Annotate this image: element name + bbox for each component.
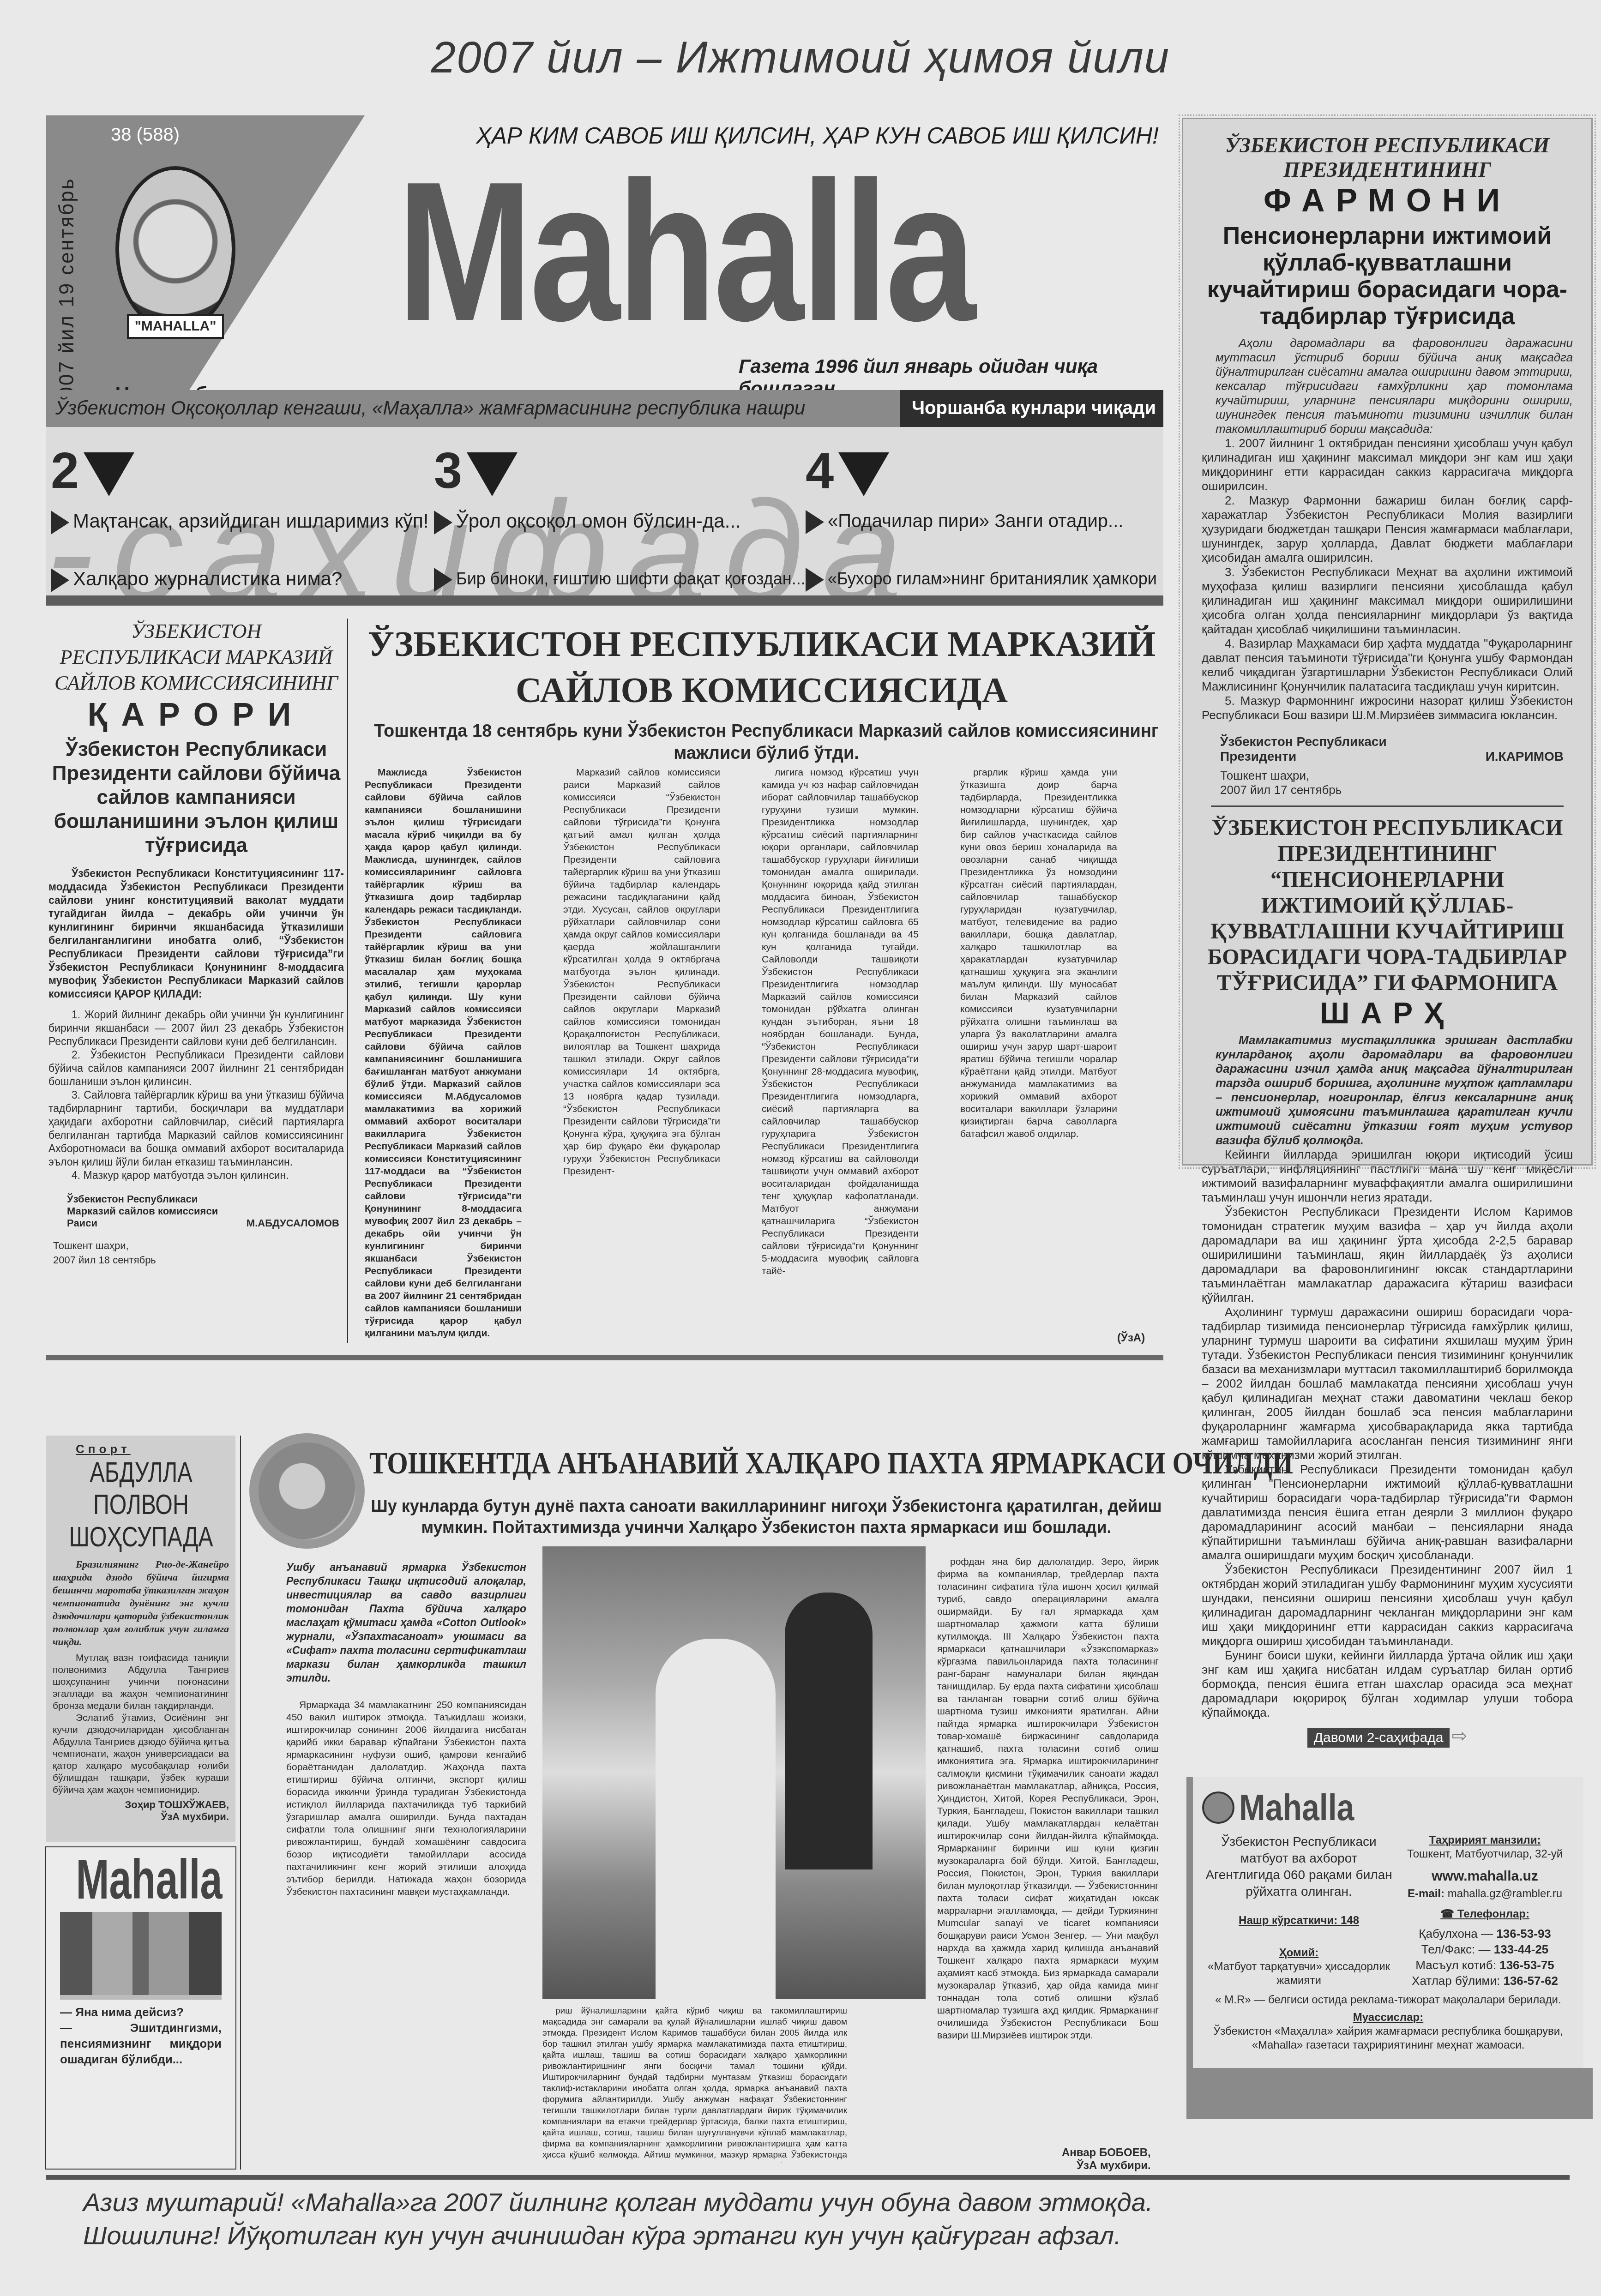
imprint-logo: Mahalla	[1239, 1786, 1354, 1829]
decree-subtitle: Пенсионерларни ижтимоий қўллаб-қувватлаш…	[1202, 222, 1573, 330]
article-column: рофдан яна бир далолатдир. Зеро, йирик ф…	[937, 1556, 1159, 2042]
footer-line: Азиз муштарий! «Mahalla»га 2007 йилнинг …	[83, 2186, 1537, 2219]
address-label: Таҳририят манзили:	[1396, 1833, 1574, 1847]
commentary-heading: ЎЗБЕКИСТОН РЕСПУБЛИКАСИ ПРЕЗИДЕНТИНИНГ “…	[1202, 815, 1573, 996]
seal-label: "MAHALLA"	[127, 314, 224, 339]
page-number: 4	[806, 445, 834, 496]
advertising-note: « M.R» — белгиси остида реклама-тижорат …	[1202, 1993, 1574, 2007]
bullet-triangle-icon	[806, 568, 824, 592]
resolution-point: 2. Ўзбекистон Республикаси Президенти са…	[48, 1048, 344, 1088]
publication-index: Нашр кўрсаткичи: 148	[1202, 1914, 1396, 1928]
decree-point: 5. Мазкур Фармоннинг ижросини назорат қи…	[1202, 694, 1573, 722]
down-arrow-icon	[84, 452, 134, 496]
resolution-preamble: Ўзбекистон Республикаси Конституциясинин…	[48, 867, 344, 1001]
sport-author: Зоҳир ТОШХЎЖАЕВ,	[53, 1799, 229, 1811]
bullet-triangle-icon	[51, 511, 69, 535]
address: Тошкент, Матбуотчилар, 32-уй	[1396, 1847, 1574, 1861]
seal-icon	[1202, 1791, 1234, 1824]
down-arrow-icon	[467, 452, 518, 496]
decree-heading-line1: ЎЗБЕКИСТОН РЕСПУБЛИКАСИ	[1202, 133, 1573, 157]
decree-date: 2007 йил 17 сентябрь	[1220, 783, 1573, 797]
commentary-paragraph: Кейинги йилларда эришилган юқори иқтисод…	[1202, 1148, 1573, 1205]
cotton-fair-subtitle: Шу кунларда бутун дунё пахта саноати вак…	[369, 1496, 1163, 1538]
cartoon-logo: Mahalla	[76, 1852, 206, 1907]
article-column: Марказий сайлов комиссияси раиси Маркази…	[563, 766, 720, 1178]
article-column: ргарлик кўриш ҳамда уни ўтказишга доир б…	[960, 766, 1117, 1140]
teaser-link[interactable]: «Бухоро гилам»нинг британиялик ҳамкори	[806, 568, 1157, 592]
resolution-point: 4. Мазкур қарор матбуотда эълон қилинсин…	[48, 1169, 344, 1182]
teaser-link[interactable]: Ўрол оқсоқол омон бўлсин-да...	[434, 510, 741, 535]
resolution-date: 2007 йил 18 сентябрь	[53, 1253, 344, 1267]
year-slogan-banner: 2007 йил – Ижтимоий ҳимоя йили	[0, 32, 1601, 83]
footer-line: Шошилинг! Йўқотилган кун учун ачинишдан …	[83, 2219, 1537, 2252]
section-label: Спорт	[76, 1442, 229, 1456]
election-article-subtitle: Тошкентда 18 сентябрь куни Ўзбекистон Ре…	[365, 720, 1168, 764]
decree-preamble: Аҳоли даромадлари ва фаровонлиги даражас…	[1202, 336, 1573, 436]
commentary-paragraph: Ўзбекистон Республикаси Президенти Ислом…	[1202, 1205, 1573, 1305]
teaser-link[interactable]: Бир биноки, ғиштию шифти фақат қоғоздан.…	[434, 568, 806, 592]
resolution-subtitle: Ўзбекистон Республикаси Президенти сайло…	[48, 738, 344, 858]
imprint-box: Mahalla Ўзбекистон Республикаси матбуот …	[1186, 1777, 1583, 2073]
teaser-page-4: 4 «Подачилар пири» Занги отадир... «Бухо…	[806, 445, 1163, 496]
teaser-link[interactable]: Халқаро журналистика нима?	[51, 568, 342, 592]
bullet-triangle-icon	[434, 511, 452, 535]
sport-paragraph: Мутлақ вазн тоифасида таниқли полвонимиз…	[53, 1652, 229, 1712]
commentary-paragraph: Аҳолининг турмуш даражасини ошириш борас…	[1202, 1305, 1573, 1462]
decree-heading-line2: ПРЕЗИДЕНТИНИНГ	[1202, 157, 1573, 182]
article-column: лигига номзод кўрсатиш учун камида уч юз…	[762, 766, 919, 1277]
photo-figure	[656, 1639, 776, 1999]
commentary-lead: Мамлакатимиз мустақилликка эришган дастл…	[1202, 1033, 1573, 1148]
page-number: 3	[434, 445, 462, 496]
decree-point: 2. Мазкур Фармонни бажариш билан боғлиқ …	[1202, 493, 1573, 565]
phones-label: Телефонлар:	[1457, 1908, 1529, 1920]
email-link[interactable]: mahalla.gz@rambler.ru	[1448, 1887, 1562, 1900]
down-arrow-icon	[838, 452, 889, 496]
decree-title: ФАРМОНИ	[1202, 182, 1573, 219]
column-divider	[240, 1436, 241, 2170]
founders-label: Муассислар:	[1202, 2011, 1574, 2025]
bullet-triangle-icon	[434, 568, 452, 592]
sport-lead: Бразилиянинг Рио-де-Жанейро шаҳрида дзюд…	[53, 1558, 229, 1648]
resolution-place: Тошкент шаҳри,	[53, 1238, 344, 1253]
newspaper-logo: Mahalla	[397, 143, 973, 360]
decree-signature: Ўзбекистон Республикаси Президенти И.КАР…	[1220, 734, 1564, 764]
commentary-title: ШАРҲ	[1202, 996, 1573, 1030]
cartoon-dialog-line: — Эшитдингизми, пенсиямизнинг миқдори ош…	[51, 2020, 231, 2067]
cartoon-dialog-line: — Яна нима дейсиз?	[51, 2004, 231, 2020]
cartoon-box: Mahalla — Яна нима дейсиз? — Эшитдингизм…	[45, 1846, 236, 2170]
bullet-triangle-icon	[51, 568, 69, 592]
resolution-heading: ЎЗБЕКИСТОН РЕСПУБЛИКАСИ МАРКАЗИЙ САЙЛОВ …	[48, 619, 344, 696]
sport-paragraph: Эслатиб ўтамиз, Осиёнинг энг кучли дзюдо…	[53, 1712, 229, 1796]
cotton-fair-lead: Ушбу анъанавий ярмарка Ўзбекистон Респуб…	[286, 1560, 526, 1685]
resolution-signature: Ўзбекистон Республикаси Марказий сайлов …	[67, 1193, 339, 1229]
decree-point: 1. 2007 йилнинг 1 октябридан пенсияни ҳи…	[1202, 436, 1573, 493]
election-resolution: ЎЗБЕКИСТОН РЕСПУБЛИКАСИ МАРКАЗИЙ САЙЛОВ …	[48, 619, 344, 1352]
column-divider	[347, 619, 348, 1343]
sponsor-name: «Матбуот тарқатувчи» ҳиссадорлик жамияти	[1202, 1960, 1396, 1988]
sport-article: Спорт АБДУЛЛА ПОЛВОН ШОҲСУПАДА Бразилиян…	[46, 1436, 235, 1842]
phone-list: Қабулхона — 136-53-93 Тел/Факс: — 133-44…	[1396, 1926, 1574, 1989]
phone-row: Тел/Факс: — 133-44-25	[1396, 1941, 1574, 1957]
continued-on-page-2-link[interactable]: Давоми 2-саҳифада	[1307, 1728, 1450, 1748]
photo-figure	[785, 1593, 873, 1869]
page-number: 2	[51, 445, 79, 496]
publisher-text: Ўзбекистон Оқсоқоллар кенгаши, «Маҳалла»…	[55, 397, 805, 419]
bullet-triangle-icon	[806, 510, 824, 534]
resolution-point: 1. Жорий йилнинг декабрь ойи учинчи ўн к…	[48, 1008, 344, 1048]
decree-place: Тошкент шаҳри,	[1220, 769, 1573, 783]
registration-note: Ўзбекистон Республикаси матбуот ва ахбор…	[1202, 1833, 1396, 1900]
article-source: (ЎзА)	[1117, 1332, 1145, 1345]
decree-point: 3. Ўзбекистон Республикаси Меҳнат ва аҳо…	[1202, 565, 1573, 637]
inside-pages-teaser: -саҳифада 2 Мақтансак, арзийдиган ишлари…	[46, 427, 1163, 602]
resolution-point: 3. Сайловга тайёргарлик кўриш ва уни ўтк…	[48, 1088, 344, 1169]
commentary-paragraph: Ўзбекистон Республикаси Президентининг 2…	[1202, 1563, 1573, 1648]
election-article-title: ЎЗБЕКИСТОН РЕСПУБЛИКАСИ МАРКАЗИЙ САЙЛОВ …	[355, 621, 1168, 713]
issue-number: 38 (588)	[111, 125, 180, 145]
teaser-link[interactable]: «Подачилар пири» Занги отадир...	[806, 510, 1123, 534]
commentary-paragraph: Бунинг боиси шуки, кейинги йилларда ўрта…	[1202, 1648, 1573, 1720]
sponsor-label: Ҳомий:	[1202, 1946, 1396, 1960]
presidential-decree-box: ЎЗБЕКИСТОН РЕСПУБЛИКАСИ ПРЕЗИДЕНТИНИНГ Ф…	[1182, 118, 1593, 1166]
signer-name: И.КАРИМОВ	[1486, 749, 1564, 764]
oqsoqollar-seal-emblem-icon	[115, 166, 235, 332]
teaser-bottom-rule	[46, 595, 1163, 606]
cotton-fair-globe-logo-icon	[249, 1433, 365, 1549]
phone-row: Хатлар бўлими: 136-57-62	[1396, 1973, 1574, 1989]
issue-date: 2007 йил 19 сентябрь	[55, 177, 78, 411]
sport-title: АБДУЛЛА ПОЛВОН ШОҲСУПАДА	[53, 1456, 229, 1553]
article-column: Мажлисда Ўзбекистон Республикаси Президе…	[365, 766, 522, 1340]
section-divider	[46, 1355, 1163, 1360]
sport-author-role: ЎзА мухбири.	[53, 1811, 229, 1823]
telephone-icon: ☎	[1440, 1908, 1457, 1920]
publication-schedule: Чоршанба кунлари чиқади	[912, 398, 1156, 419]
founders: Ўзбекистон «Маҳалла» хайрия жамғармаси р…	[1202, 2025, 1574, 2052]
phone-row: Масъул котиб: 136-53-75	[1396, 1957, 1574, 1973]
elderly-men-photo	[60, 1912, 222, 2000]
footer-divider	[46, 2175, 1570, 2180]
cotton-fair-title: ТОШКЕНТДА АНЪАНАВИЙ ХАЛҚАРО ПАХТА ЯРМАРК…	[369, 1445, 1293, 1481]
teaser-page-2: 2 Мақтансак, арзийдиган ишларимиз кўп! Х…	[51, 445, 420, 496]
imprint-bottom-bar	[1186, 2068, 1593, 2119]
teaser-link[interactable]: Мақтансак, арзийдиган ишларимиз кўп!	[51, 510, 428, 535]
right-arrow-icon: ⇨	[1452, 1726, 1468, 1746]
article-column: Ярмаркада 34 мамлакатнинг 250 компанияси…	[286, 1699, 526, 1898]
cotton-fair-byline: Анвар БОБОЕВ, ЎзА мухбири.	[1062, 2146, 1151, 2172]
decree-point: 4. Вазирлар Маҳкамаси бир ҳафта муддатда…	[1202, 637, 1573, 694]
article-column: риш йўналишларини қайта кўриб чиқиш ва т…	[542, 2006, 847, 2163]
phone-row: Қабулхона — 136-53-93	[1396, 1926, 1574, 1941]
divider	[1211, 805, 1564, 807]
subscription-footer: Азиз муштарий! «Mahalla»га 2007 йилнинг …	[83, 2186, 1537, 2252]
signer-name: М.АБДУСАЛОМОВ	[247, 1217, 339, 1229]
teaser-page-3: 3 Ўрол оқсоқол омон бўлсин-да... Бир бин…	[434, 445, 803, 496]
website-link[interactable]: www.mahalla.uz	[1396, 1869, 1574, 1883]
resolution-title: ҚАРОРИ	[48, 696, 344, 733]
masthead: 38 (588) 2007 йил 19 сентябрь "MAHALLA" …	[46, 115, 1163, 425]
